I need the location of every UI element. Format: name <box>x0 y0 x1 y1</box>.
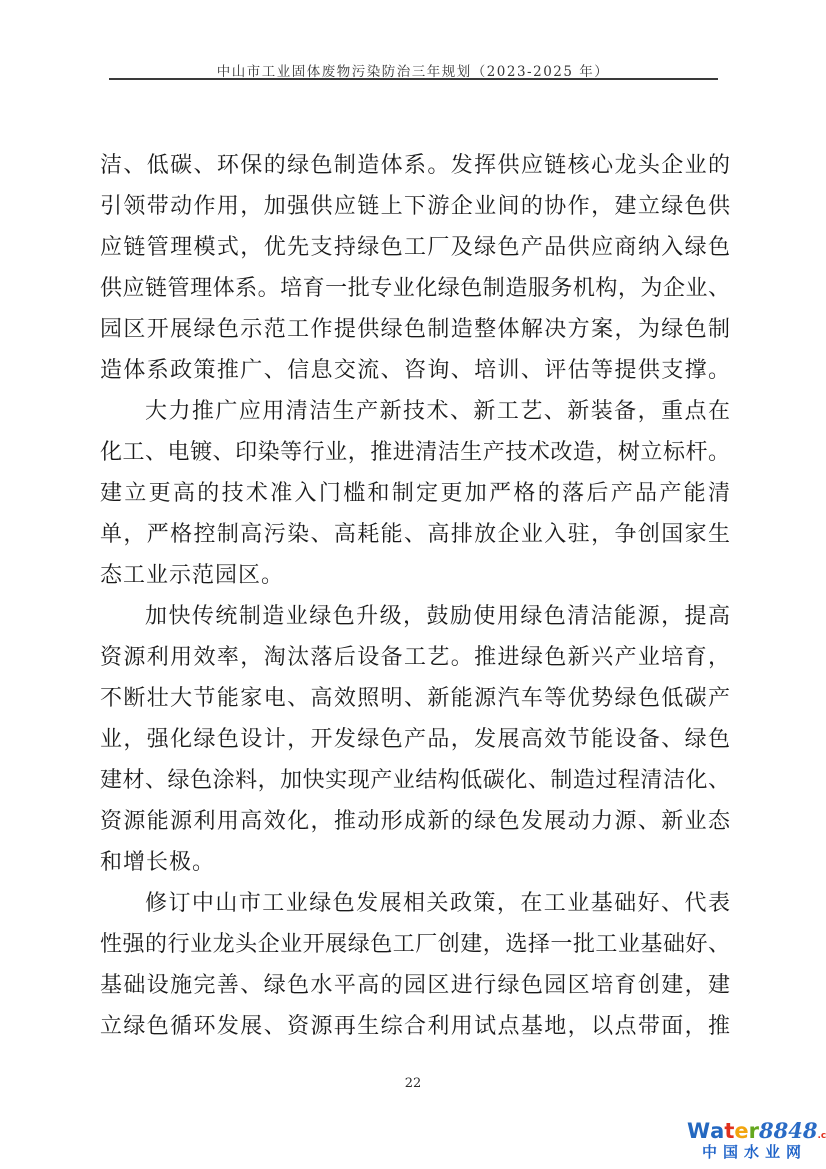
paragraph: 加快传统制造业绿色升级，鼓励使用绿色清洁能源，提高资源利用效率，淘汰落后设备工艺… <box>100 596 730 883</box>
body-text-line: 基础设施完善、绿色水平高的园区进行绿色园区培育创建，建 <box>100 965 730 1006</box>
brand-word-water: Water <box>687 1119 759 1143</box>
document-body: 洁、低碳、环保的绿色制造体系。发挥供应链核心龙头企业的引领带动作用，加强供应链上… <box>100 145 730 1047</box>
brand-letter: W <box>687 1121 710 1142</box>
body-text-line: 建立更高的技术准入门槛和制定更加严格的落后产品产能清 <box>100 473 730 514</box>
body-text-line: 建材、绿色涂料，加快实现产业结构低碳化、制造过程清洁化、 <box>100 760 730 801</box>
page-number: 22 <box>0 1076 826 1091</box>
page-header: 中山市工业固体废物污染防治三年规划（2023-2025 年） <box>0 0 826 90</box>
body-text-line: 供应链管理体系。培育一批专业化绿色制造服务机构，为企业、 <box>100 268 730 309</box>
water8848-watermark: Water8848.com 中国水业网 <box>687 1120 822 1160</box>
brand-letter: e <box>734 1121 748 1142</box>
brand-number: 8848 <box>759 1118 817 1143</box>
body-text-line: 大力推广应用清洁生产新技术、新工艺、新装备，重点在 <box>100 391 730 432</box>
brand-letter: r <box>749 1121 759 1142</box>
body-text-line: 和增长极。 <box>100 842 730 883</box>
header-rule <box>109 78 718 80</box>
body-text-line: 引领带动作用，加强供应链上下游企业间的协作，建立绿色供 <box>100 186 730 227</box>
paragraph: 洁、低碳、环保的绿色制造体系。发挥供应链核心龙头企业的引领带动作用，加强供应链上… <box>100 145 730 391</box>
body-text-line: 资源利用效率，淘汰落后设备工艺。推进绿色新兴产业培育， <box>100 637 730 678</box>
document-page: 中山市工业固体废物污染防治三年规划（2023-2025 年） 洁、低碳、环保的绿… <box>0 0 826 1169</box>
header-title: 中山市工业固体废物污染防治三年规划（2023-2025 年） <box>0 60 826 80</box>
paragraph: 修订中山市工业绿色发展相关政策，在工业基础好、代表性强的行业龙头企业开展绿色工厂… <box>100 883 730 1047</box>
body-text-line: 洁、低碳、环保的绿色制造体系。发挥供应链核心龙头企业的 <box>100 145 730 186</box>
brand-letter: a <box>710 1121 724 1142</box>
watermark-subtitle: 中国水业网 <box>687 1145 822 1160</box>
body-text-line: 加快传统制造业绿色升级，鼓励使用绿色清洁能源，提高 <box>100 596 730 637</box>
body-text-line: 修订中山市工业绿色发展相关政策，在工业基础好、代表 <box>100 883 730 924</box>
paragraph: 大力推广应用清洁生产新技术、新工艺、新装备，重点在化工、电镀、印染等行业，推进清… <box>100 391 730 596</box>
body-text-line: 化工、电镀、印染等行业，推进清洁生产技术改造，树立标杆。 <box>100 432 730 473</box>
body-text-line: 单，严格控制高污染、高耗能、高排放企业入驻，争创国家生 <box>100 514 730 555</box>
water8848-logo: Water8848.com <box>687 1120 822 1142</box>
body-text-line: 态工业示范园区。 <box>100 555 730 596</box>
body-text-line: 应链管理模式，优先支持绿色工厂及绿色产品供应商纳入绿色 <box>100 227 730 268</box>
body-text-line: 立绿色循环发展、资源再生综合利用试点基地，以点带面，推 <box>100 1006 730 1047</box>
body-text-line: 不断壮大节能家电、高效照明、新能源汽车等优势绿色低碳产 <box>100 678 730 719</box>
body-text-line: 园区开展绿色示范工作提供绿色制造整体解决方案，为绿色制 <box>100 309 730 350</box>
brand-tld: .com <box>817 1131 826 1141</box>
body-text-line: 性强的行业龙头企业开展绿色工厂创建，选择一批工业基础好、 <box>100 924 730 965</box>
body-text-line: 业，强化绿色设计，开发绿色产品，发展高效节能设备、绿色 <box>100 719 730 760</box>
body-text-line: 资源能源利用高效化，推动形成新的绿色发展动力源、新业态 <box>100 801 730 842</box>
brand-letter: t <box>724 1121 734 1142</box>
body-text-line: 造体系政策推广、信息交流、咨询、培训、评估等提供支撑。 <box>100 350 730 391</box>
